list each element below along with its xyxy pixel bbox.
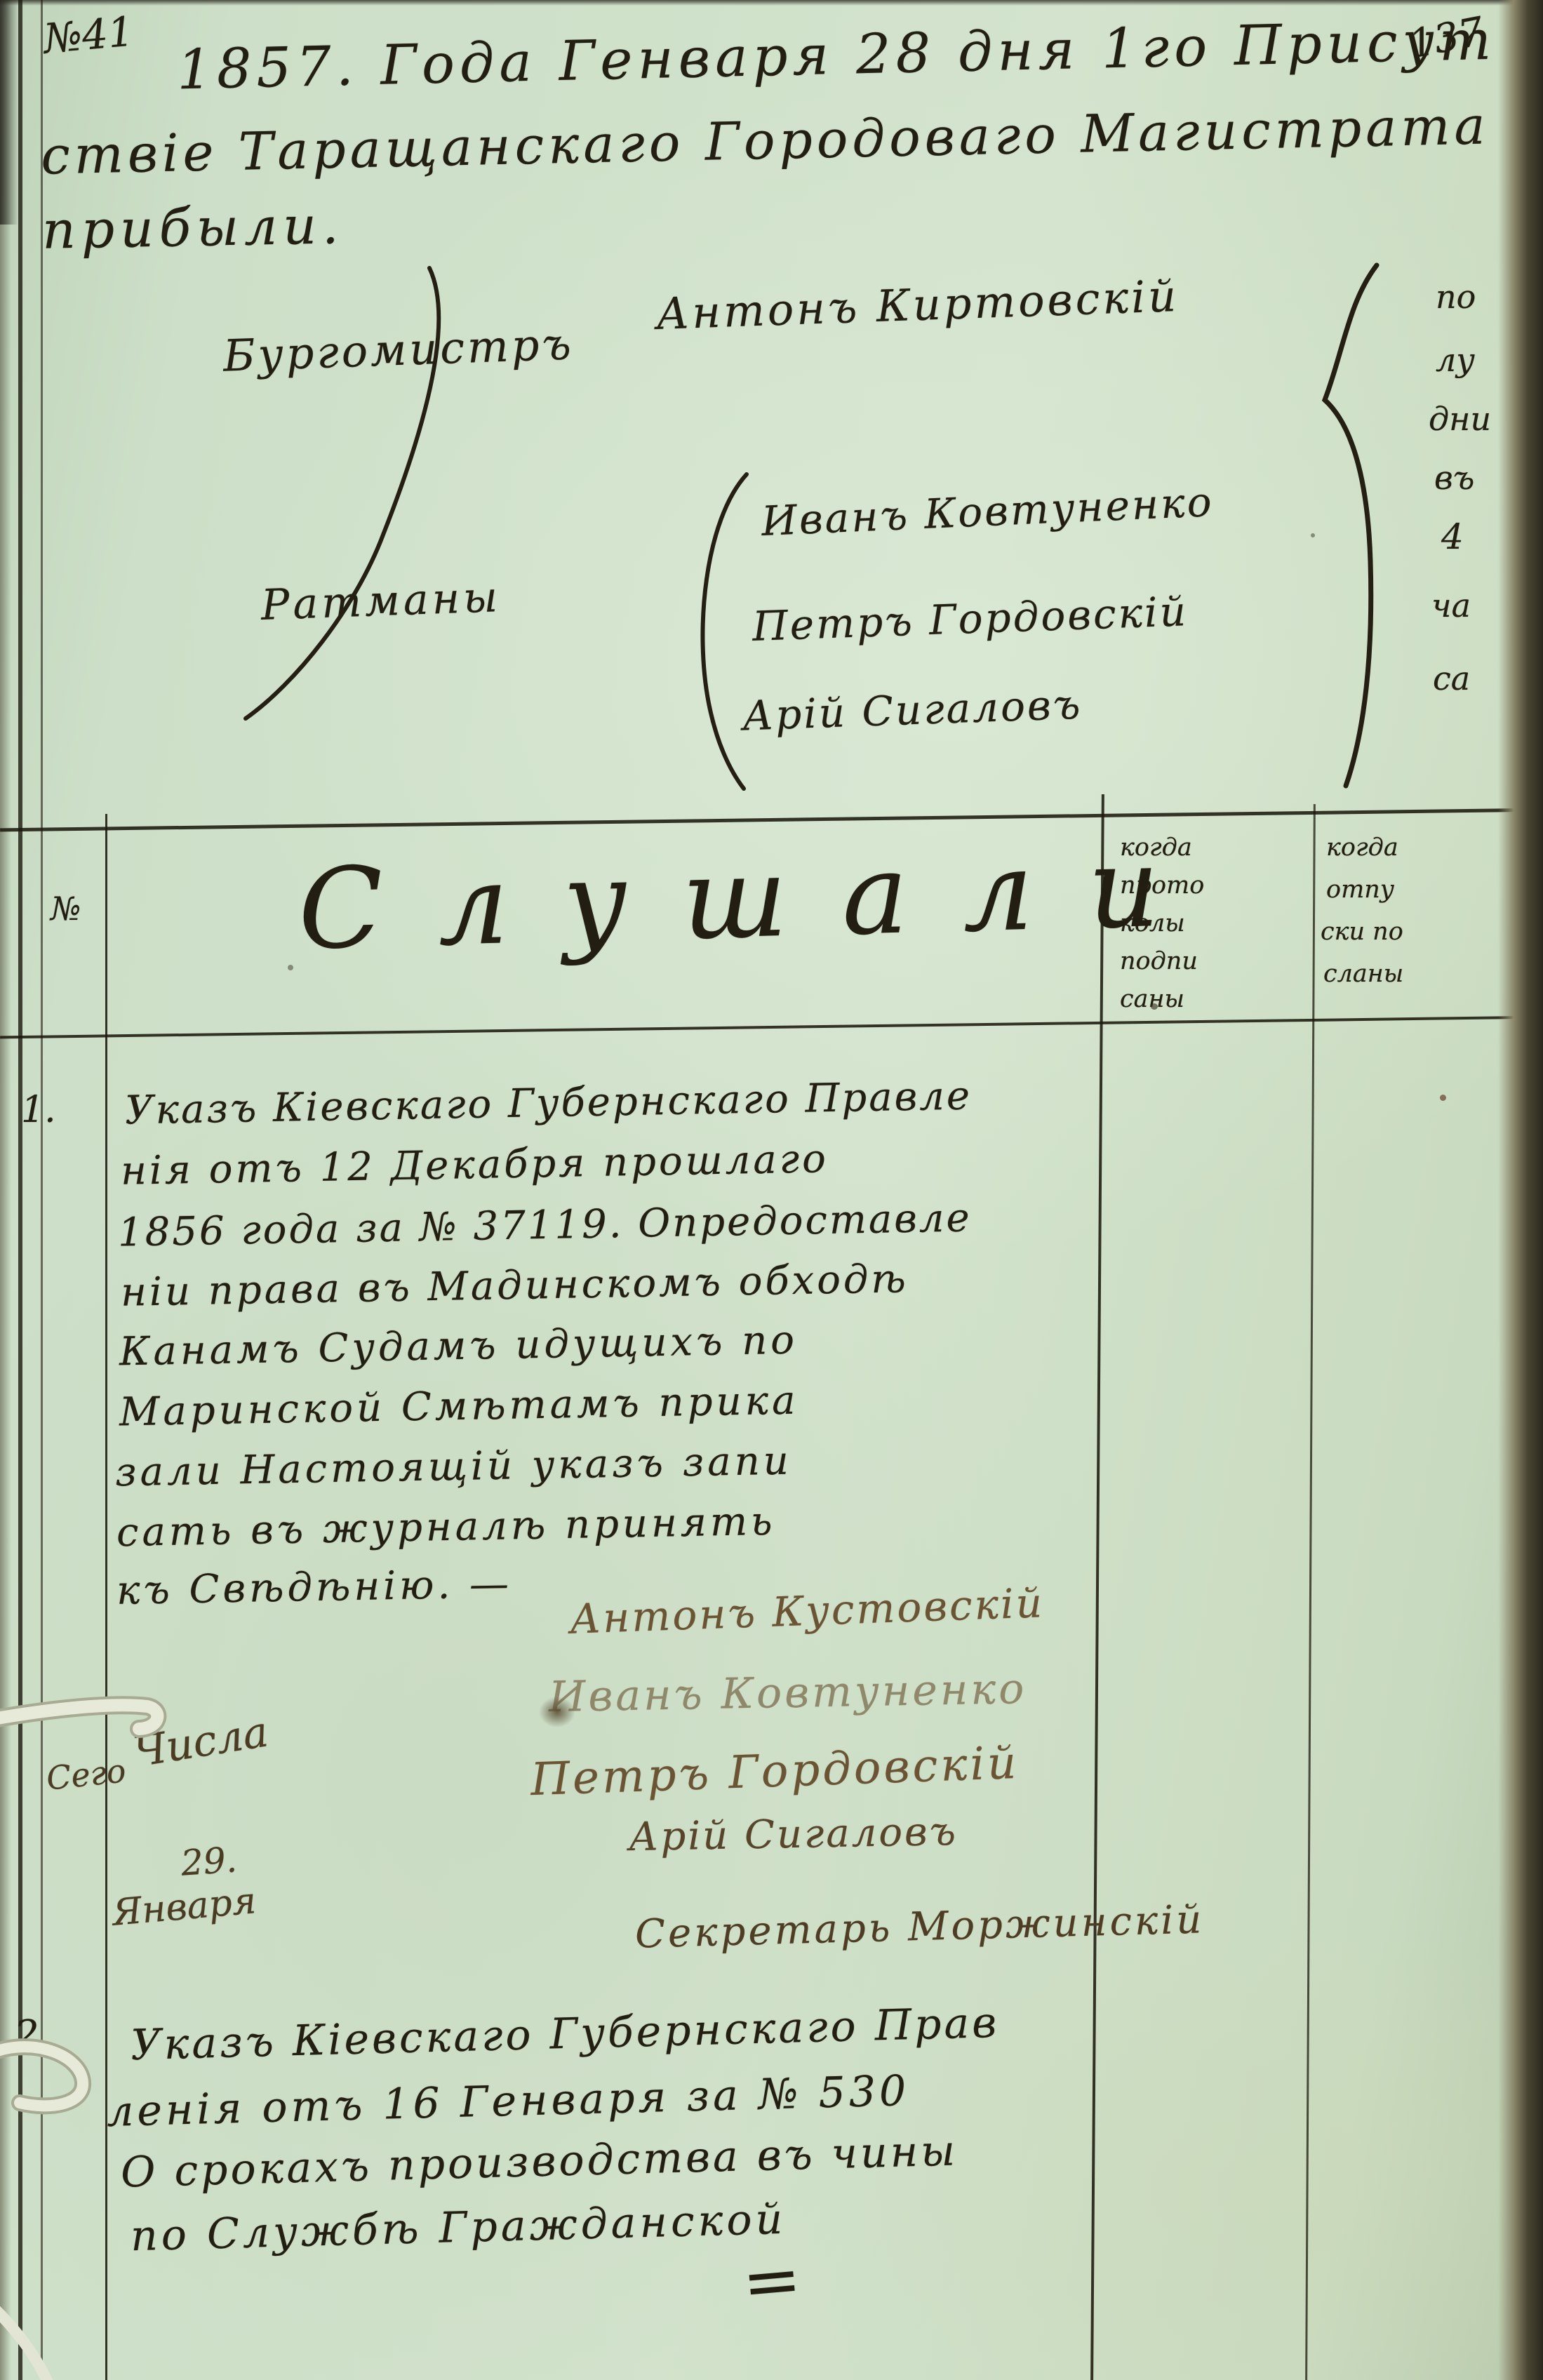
paper-speck-3 [1151, 1003, 1158, 1010]
thread-middle [0, 1705, 157, 1729]
paper-speck [1311, 533, 1315, 537]
thread-corner [0, 2310, 49, 2380]
manuscript-page-scan: №41 137 1857. Года Генваря 28 дня 1го Пр… [0, 0, 1543, 2380]
rust-speck [1440, 1095, 1446, 1101]
paper-speck-2 [288, 965, 293, 970]
page-edge-right [1498, 0, 1543, 2380]
binding-threads [0, 0, 1543, 2380]
ink-blot [539, 1697, 575, 1727]
